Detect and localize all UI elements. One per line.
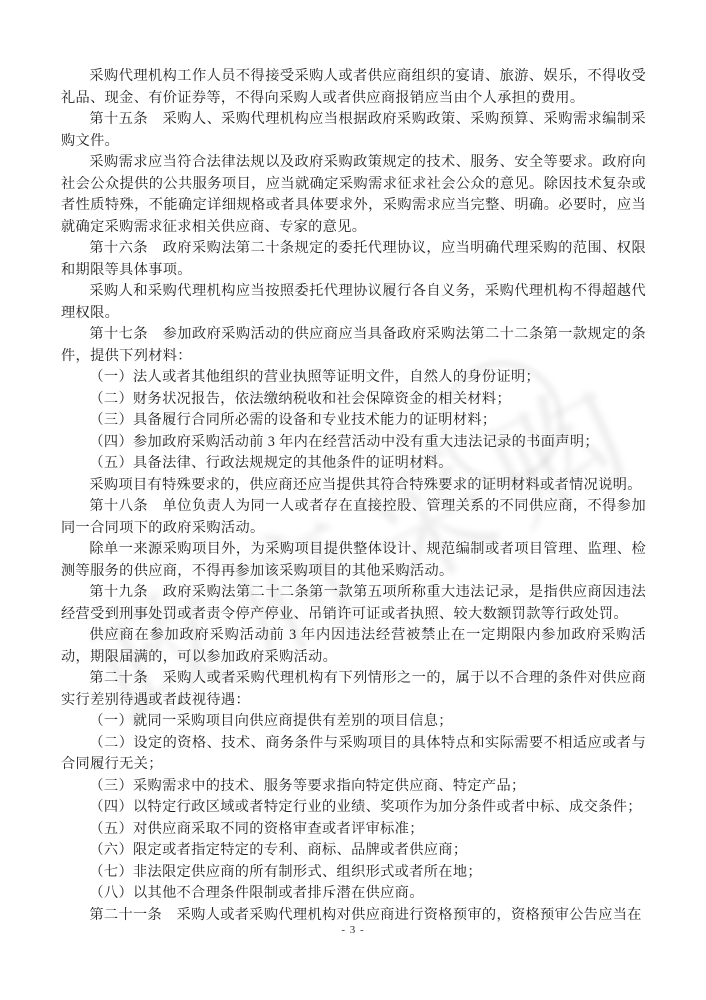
paragraph: （四）以特定行政区域或者特定行业的业绩、奖项作为加分条件或者中标、成交条件； — [61, 797, 646, 819]
page-number: - 3 - — [0, 924, 706, 936]
paragraph: （八）以其他不合理条件限制或者排斥潜在供应商。 — [61, 883, 646, 905]
paragraph: （三）采购需求中的技术、服务等要求指向特定供应商、特定产品； — [61, 776, 646, 798]
paragraph: （一）就同一采购项目向供应商提供有差别的项目信息； — [61, 711, 646, 733]
paragraph: 采购人和采购代理机构应当按照委托代理协议履行各自义务，采购代理机构不得超越代理权… — [61, 281, 646, 324]
paragraph: 第十七条 参加政府采购活动的供应商应当具备政府采购法第二十二条第一款规定的条件，… — [61, 324, 646, 367]
paragraph: 第二十条 采购人或者采购代理机构有下列情形之一的，属于以不合理的条件对供应商实行… — [61, 668, 646, 711]
document-body: 采购代理机构工作人员不得接受采购人或者供应商组织的宴请、旅游、娱乐，不得收受礼品… — [61, 66, 646, 926]
paragraph: 采购项目有特殊要求的，供应商还应当提供其符合特殊要求的证明材料或者情况说明。 — [61, 475, 646, 497]
paragraph: 除单一来源采购项目外，为采购项目提供整体设计、规范编制或者项目管理、监理、检测等… — [61, 539, 646, 582]
paragraph: 第十九条 政府采购法第二十二条第一款第五项所称重大违法记录，是指供应商因违法经营… — [61, 582, 646, 625]
paragraph: 第十八条 单位负责人为同一人或者存在直接控股、管理关系的不同供应商，不得参加同一… — [61, 496, 646, 539]
paragraph: （七）非法限定供应商的所有制形式、组织形式或者所在地； — [61, 862, 646, 884]
paragraph: 采购代理机构工作人员不得接受采购人或者供应商组织的宴请、旅游、娱乐，不得收受礼品… — [61, 66, 646, 109]
paragraph: （五）对供应商采取不同的资格审查或者评审标准； — [61, 819, 646, 841]
paragraph: 第二十一条 采购人或者采购代理机构对供应商进行资格预审的，资格预审公告应当在 — [61, 905, 646, 927]
paragraph: （四）参加政府采购活动前 3 年内在经营活动中没有重大违法记录的书面声明； — [61, 432, 646, 454]
paragraph: （五）具备法律、行政法规规定的其他条件的证明材料。 — [61, 453, 646, 475]
paragraph: （二）财务状况报告，依法缴纳税收和社会保障资金的相关材料； — [61, 389, 646, 411]
paragraph: 第十六条 政府采购法第二十条规定的委托代理协议，应当明确代理采购的范围、权限和期… — [61, 238, 646, 281]
paragraph: （一）法人或者其他组织的营业执照等证明文件，自然人的身份证明； — [61, 367, 646, 389]
paragraph: 供应商在参加政府采购活动前 3 年内因违法经营被禁止在一定期限内参加政府采购活动… — [61, 625, 646, 668]
document-page: 政府采购 采购代理机构工作人员不得接受采购人或者供应商组织的宴请、旅游、娱乐，不… — [0, 0, 706, 1000]
paragraph: 采购需求应当符合法律法规以及政府采购政策规定的技术、服务、安全等要求。政府向社会… — [61, 152, 646, 238]
paragraph: （二）设定的资格、技术、商务条件与采购项目的具体特点和实际需要不相适应或者与合同… — [61, 733, 646, 776]
paragraph: 第十五条 采购人、采购代理机构应当根据政府采购政策、采购预算、采购需求编制采购文… — [61, 109, 646, 152]
paragraph: （三）具备履行合同所必需的设备和专业技术能力的证明材料； — [61, 410, 646, 432]
paragraph: （六）限定或者指定特定的专利、商标、品牌或者供应商； — [61, 840, 646, 862]
